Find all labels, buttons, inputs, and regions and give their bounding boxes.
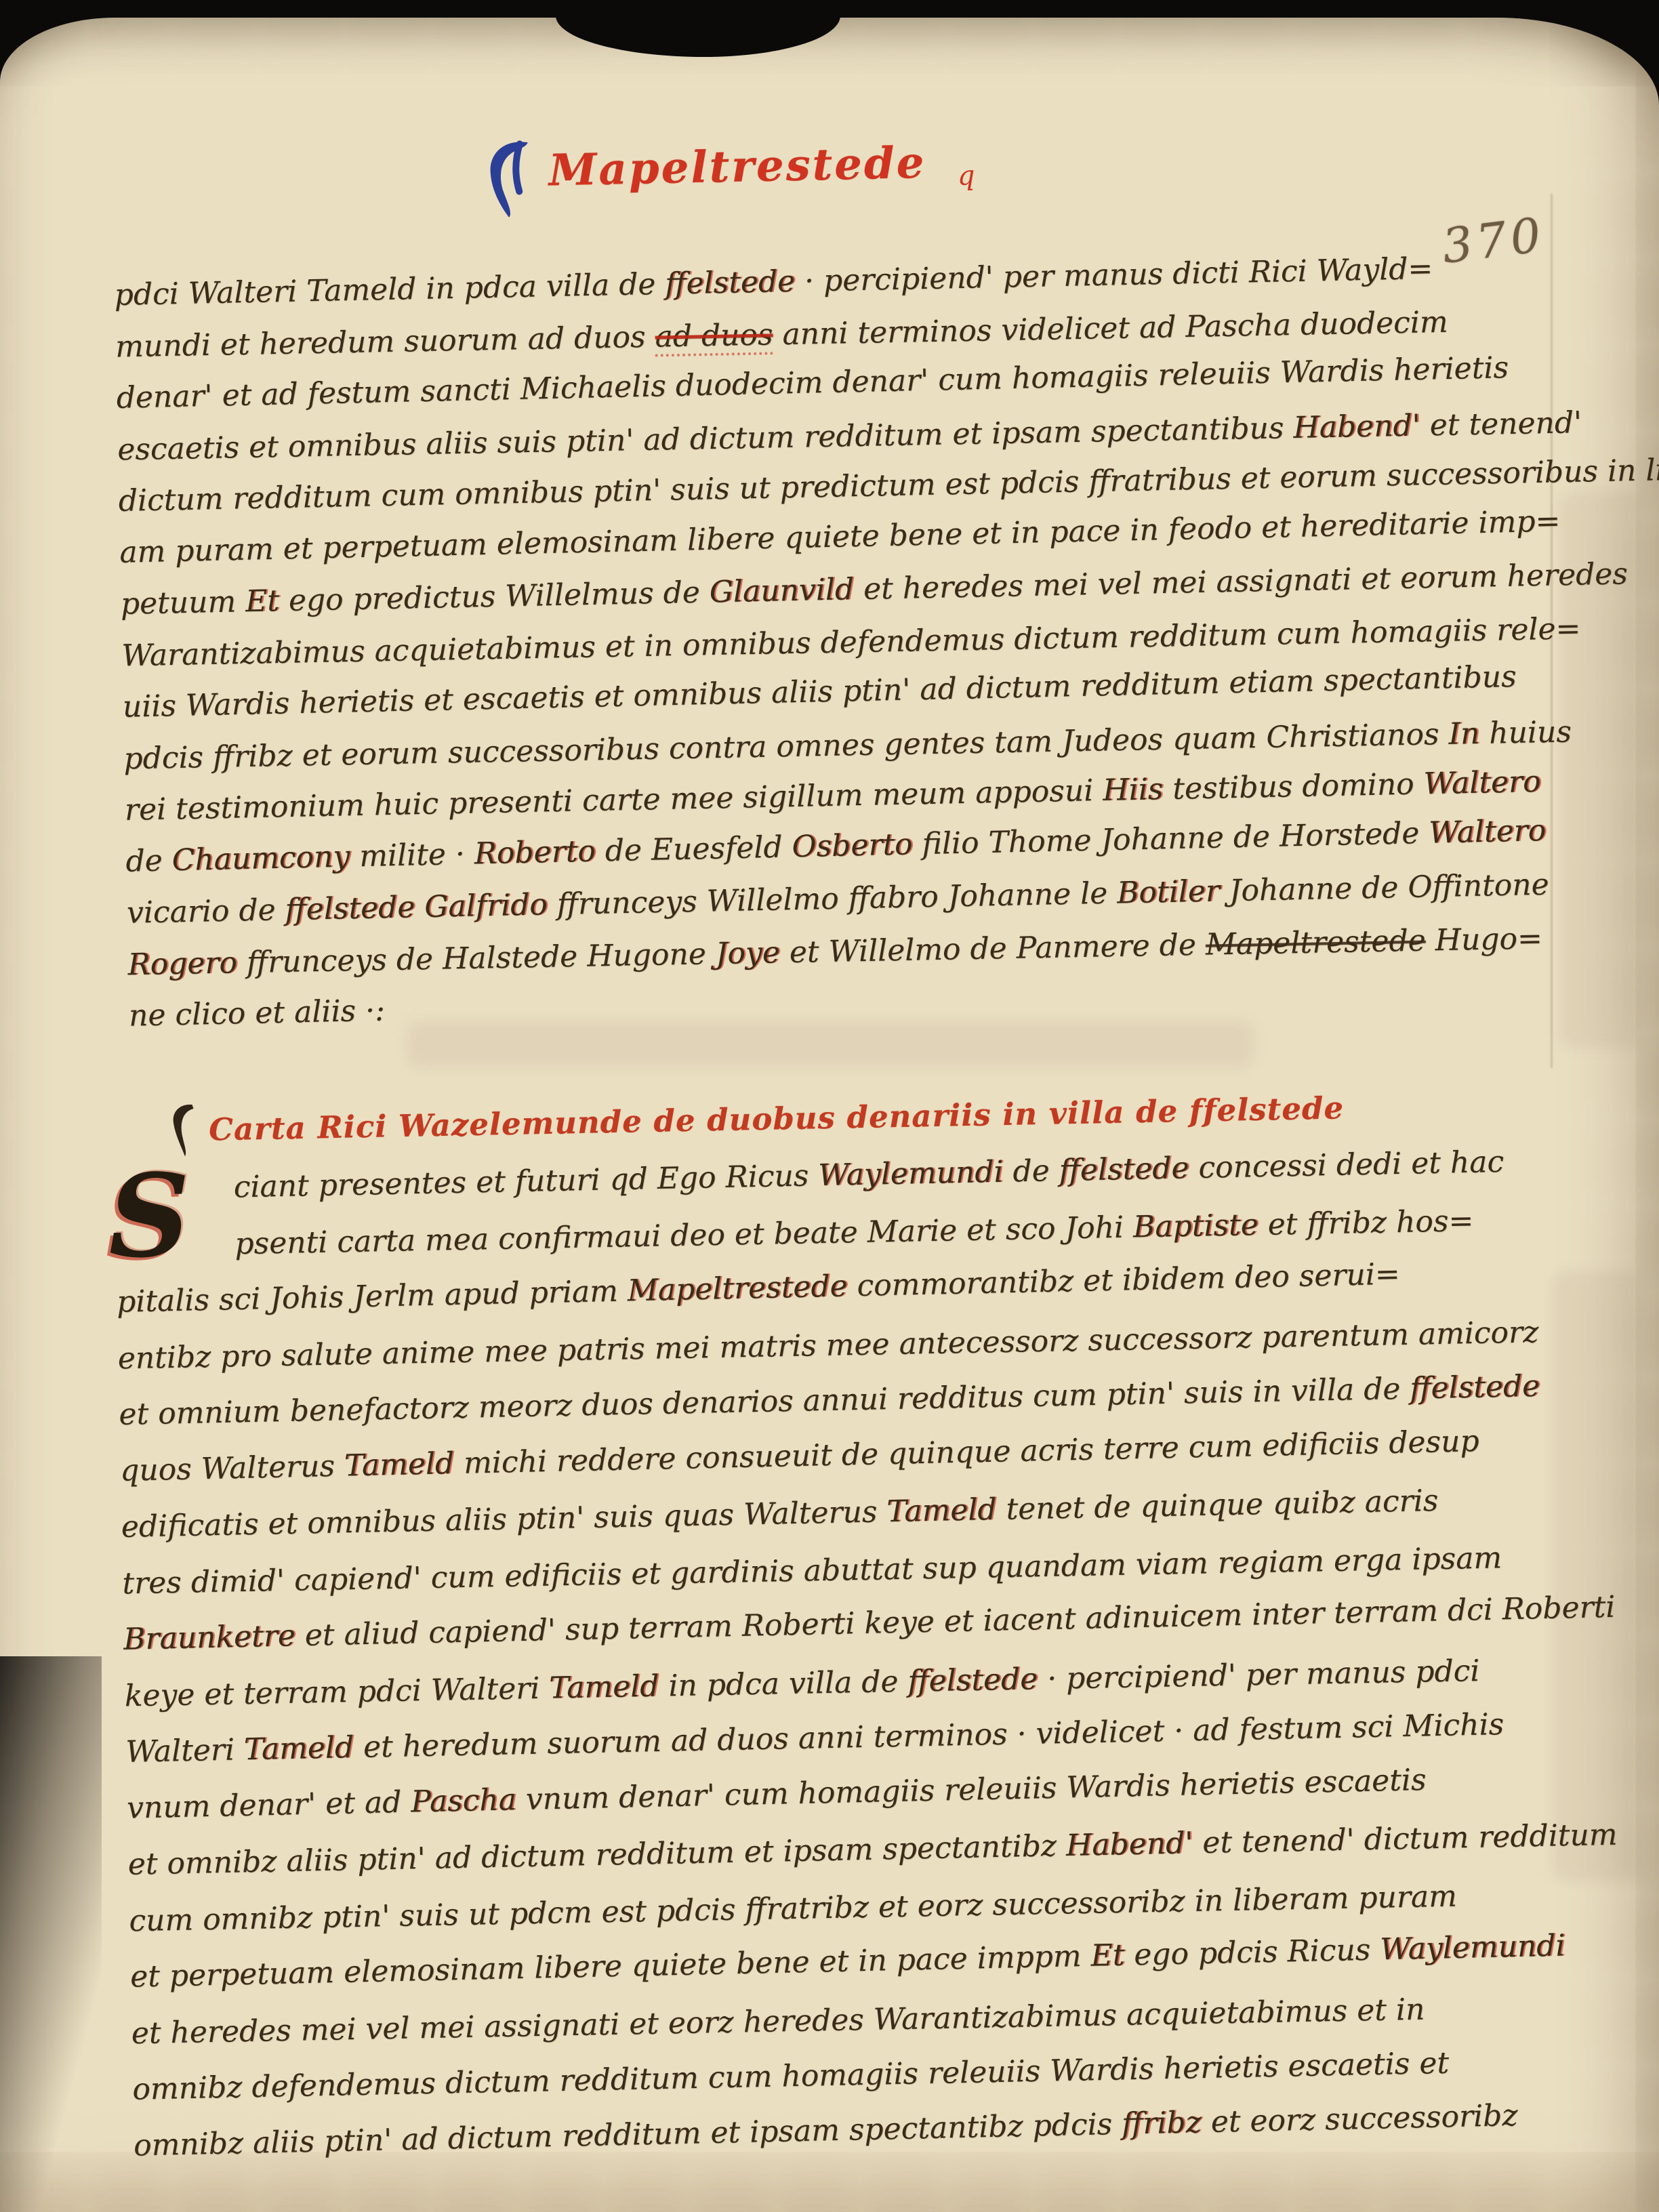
text-segment: pdci Walteri Tameld in pdca villa de <box>114 267 665 312</box>
text-segment: michi reddere consueuit de quinque acris… <box>454 1424 1480 1481</box>
charter1-text-block: pdci Walteri Tameld in pdca villa de ffe… <box>114 240 1606 1042</box>
text-segment: et Willelmo de Panmere de <box>779 928 1206 970</box>
text-segment: testibus domino <box>1163 766 1424 806</box>
text-segment: petuum <box>120 584 245 621</box>
text-segment: vnum denar' et ad <box>127 1785 411 1826</box>
text-segment: vicario de <box>127 893 286 930</box>
parchment-page: Mapeltrestede q 370 pdci Walteri Tameld … <box>0 18 1659 2212</box>
text-segment: et tenend' dictum redditum <box>1193 1818 1618 1861</box>
text-segment: Johanne de Offintone <box>1219 867 1549 909</box>
rubric-text: Carta Rici Wazelemunde de duobus denarii… <box>209 1090 1345 1147</box>
text-segment: ffrunceys Willelmo ffabro Johanne le <box>547 876 1117 922</box>
page-title: Mapeltrestede <box>548 126 926 209</box>
text-segment: keye et terram pdci Walteri <box>124 1671 549 1714</box>
text-segment: de <box>1003 1153 1059 1189</box>
text-segment: Pascha <box>411 1782 517 1819</box>
text-segment: et perpetuam elemosinam libere quiete be… <box>130 1939 1091 1994</box>
text-segment: Habend' <box>1293 409 1420 445</box>
text-segment: huius <box>1479 714 1572 751</box>
text-segment: ffelstede <box>1410 1369 1540 1406</box>
text-segment: milite · <box>350 837 475 874</box>
text-segment: ffelstede <box>1059 1151 1189 1188</box>
text-segment: quos Walterus <box>120 1449 345 1488</box>
text-segment: in pdca villa de <box>659 1664 908 1704</box>
text-segment: ffrunceys de Halstede Hugone <box>237 937 716 980</box>
text-segment: Habend' <box>1065 1826 1193 1863</box>
text-segment: Et <box>245 583 280 619</box>
text-segment: Tameld <box>344 1446 454 1483</box>
text-segment: Et <box>1090 1938 1125 1973</box>
text-segment: de <box>125 843 172 878</box>
title-end-paraph-icon: q <box>956 125 976 227</box>
text-segment: Joye <box>715 935 780 971</box>
text-segment: vnum denar' cum homagiis releuiis Wardis… <box>516 1763 1427 1817</box>
text-segment: edificatis et omnibus aliis ptin' suis q… <box>121 1494 887 1544</box>
text-segment: et eorz successoribz <box>1201 2098 1518 2139</box>
page-heading: Mapeltrestede q <box>480 125 976 237</box>
text-segment: mundi et heredum suorum ad duos <box>115 320 655 365</box>
text-segment: et heredes mei vel mei assignati et eoru… <box>854 556 1629 607</box>
text-segment: Tameld <box>549 1669 659 1706</box>
text-segment: Osberto <box>792 827 913 864</box>
text-segment: commorantibz et ibidem deo serui= <box>847 1257 1400 1304</box>
text-segment: tenet de quinque quibz acris <box>996 1483 1439 1527</box>
text-segment: Hugo= <box>1425 921 1542 958</box>
text-segment: Waltero <box>1423 764 1541 801</box>
text-segment: Waylemundi <box>1380 1928 1565 1967</box>
text-segment: Botiler <box>1117 874 1221 910</box>
text-segment: omnibz aliis ptin' ad dictum redditum et… <box>134 2107 1122 2163</box>
text-segment: ffelstede <box>285 890 415 927</box>
text-segment: Mapeltrestede <box>1205 924 1426 962</box>
charter2-text-block: S ciant presentes et futuri qd Ego Ricus… <box>114 1132 1612 2173</box>
text-segment: Glaunvild <box>709 572 854 609</box>
text-segment: Rogero <box>127 945 237 982</box>
blue-paraph-icon <box>480 134 541 224</box>
text-segment: ciant presentes et futuri qd Ego Ricus <box>233 1158 819 1204</box>
text-segment: Galfrido <box>424 887 548 924</box>
text-segment: Braunketre <box>123 1618 296 1657</box>
text-segment: In <box>1448 716 1480 752</box>
text-segment: Hiis <box>1103 772 1164 808</box>
text-segment: Waltero <box>1429 813 1547 851</box>
text-segment <box>415 890 425 924</box>
text-segment: Roberto <box>474 834 596 872</box>
text-segment: ffribz <box>1122 2105 1202 2142</box>
text-segment: psenti carta mea confirmaui deo et beate… <box>234 1210 1133 1261</box>
text-segment: ffelstede <box>665 264 796 302</box>
text-segment: de Euesfeld <box>595 829 792 868</box>
text-segment: ad duos <box>655 317 773 356</box>
text-segment: ego pdcis Ricus <box>1124 1932 1380 1972</box>
text-segment: et ffribz hos= <box>1258 1204 1473 1242</box>
book-edge-shadow <box>0 1656 102 2212</box>
text-segment: · percipiend' per manus pdci <box>1038 1654 1480 1696</box>
text-segment: anni terminos videlicet ad Pascha duodec… <box>773 305 1448 352</box>
text-segment: Tameld <box>886 1492 997 1529</box>
text-segment: Mapeltrestede <box>627 1269 848 1308</box>
text-segment: Chaumcony <box>171 840 350 878</box>
text-segment: · percipiend' per manus dicti Rici Wayld… <box>795 251 1433 299</box>
text-segment: Baptiste <box>1133 1208 1259 1244</box>
text-segment: ne clico et aliis ·: <box>129 993 386 1033</box>
text-segment: Walteri <box>125 1732 245 1769</box>
page-top-edge <box>556 9 840 57</box>
text-segment: Waylemundi <box>818 1155 1004 1193</box>
text-segment: Tameld <box>243 1730 354 1767</box>
text-segment: et tenend' <box>1420 405 1582 443</box>
text-segment: ego predictus Willelmus de <box>279 575 710 618</box>
charter2-lines: ciant presentes et futuri qd Ego Ricus W… <box>114 1132 1612 2173</box>
text-segment: et omnibz aliis ptin' ad dictum redditum… <box>127 1828 1066 1882</box>
text-segment: ffelstede <box>907 1662 1038 1699</box>
text-segment: pitalis sci Johis Jerlm apud priam <box>117 1273 628 1319</box>
text-segment: filio Thome Johanne de Horstede <box>912 816 1429 862</box>
text-segment: concessi dedi et hac <box>1189 1145 1504 1185</box>
